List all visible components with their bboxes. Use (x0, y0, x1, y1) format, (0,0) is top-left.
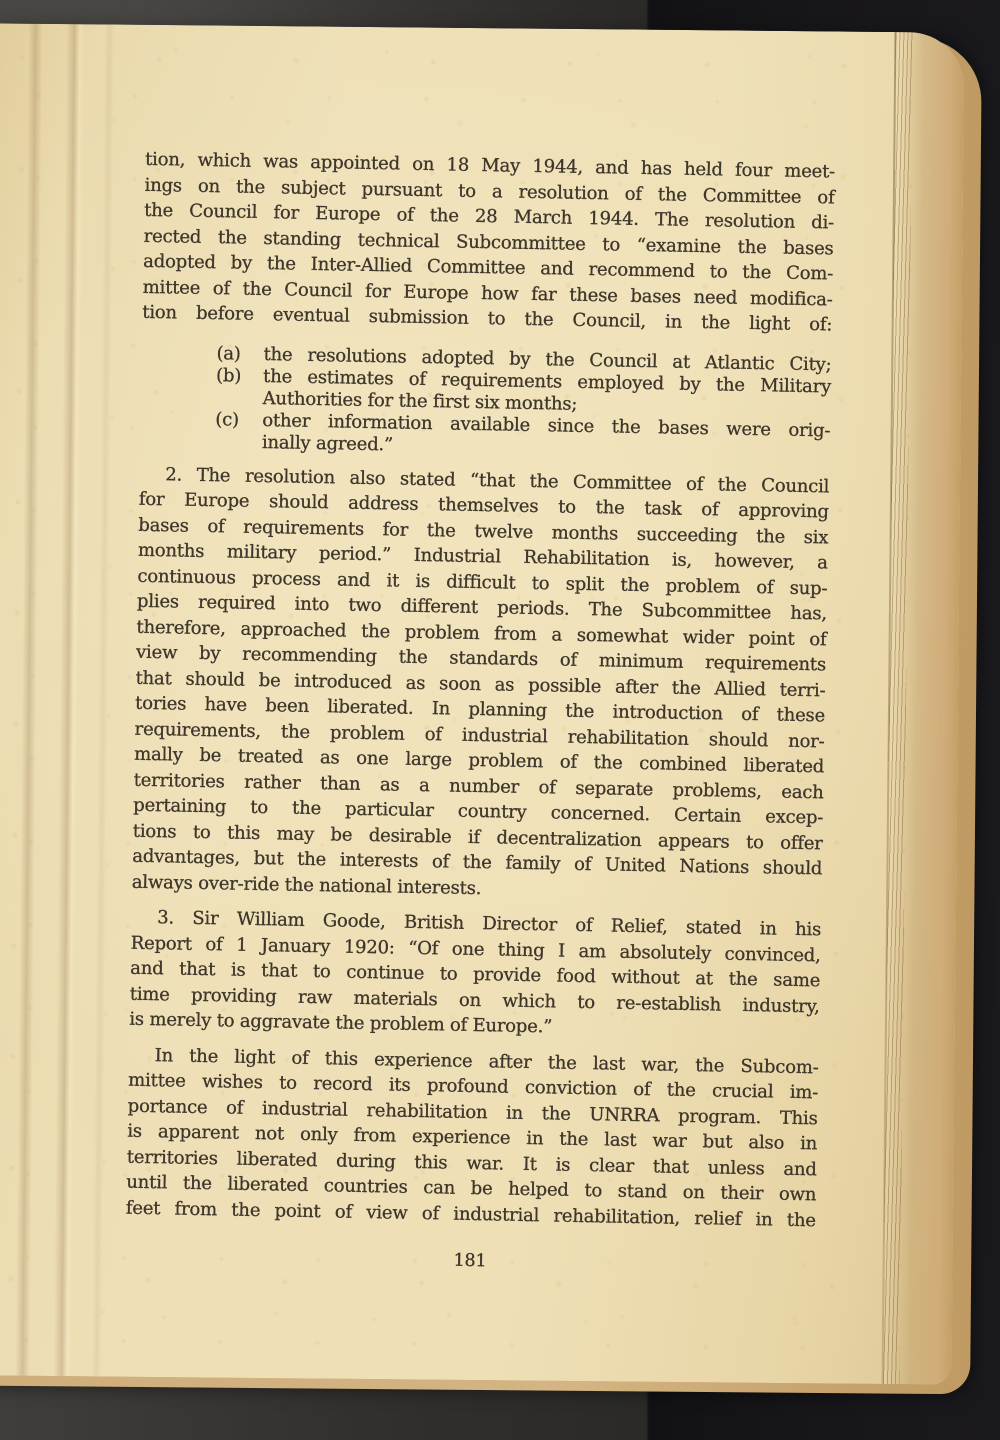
list-item-marker: (b) (216, 365, 264, 410)
list-item-marker: (c) (215, 409, 263, 454)
scan-background: tion, which was appointed on 18 May 1944… (0, 0, 1000, 1440)
paragraph: tion, which was appointed on 18 May 1944… (142, 147, 835, 338)
list-item-lines: other information available since the ba… (262, 410, 831, 464)
paragraph: 3. Sir William Goode, British Director o… (129, 905, 821, 1045)
paragraphs: tion, which was appointed on 18 May 1944… (126, 147, 836, 1233)
page-gutter-crease (54, 24, 85, 1376)
page-number: 181 (125, 1243, 815, 1281)
page-gutter-crease (16, 24, 43, 1376)
page-gutter-crease (92, 24, 115, 1376)
text-flow: tion, which was appointed on 18 May 1944… (125, 147, 835, 1281)
paragraph: In the light of this experience after th… (126, 1042, 819, 1233)
list-item-marker: (a) (216, 343, 263, 366)
page-stack-lines (882, 32, 912, 1384)
book-page: tion, which was appointed on 18 May 1944… (0, 23, 964, 1384)
page-fore-edge (885, 32, 964, 1385)
paragraph: 2. The resolution also stated “that the … (132, 461, 830, 907)
list-block: (a)the resolutions adopted by the Counci… (215, 343, 832, 464)
page-edge-line (881, 32, 896, 1384)
